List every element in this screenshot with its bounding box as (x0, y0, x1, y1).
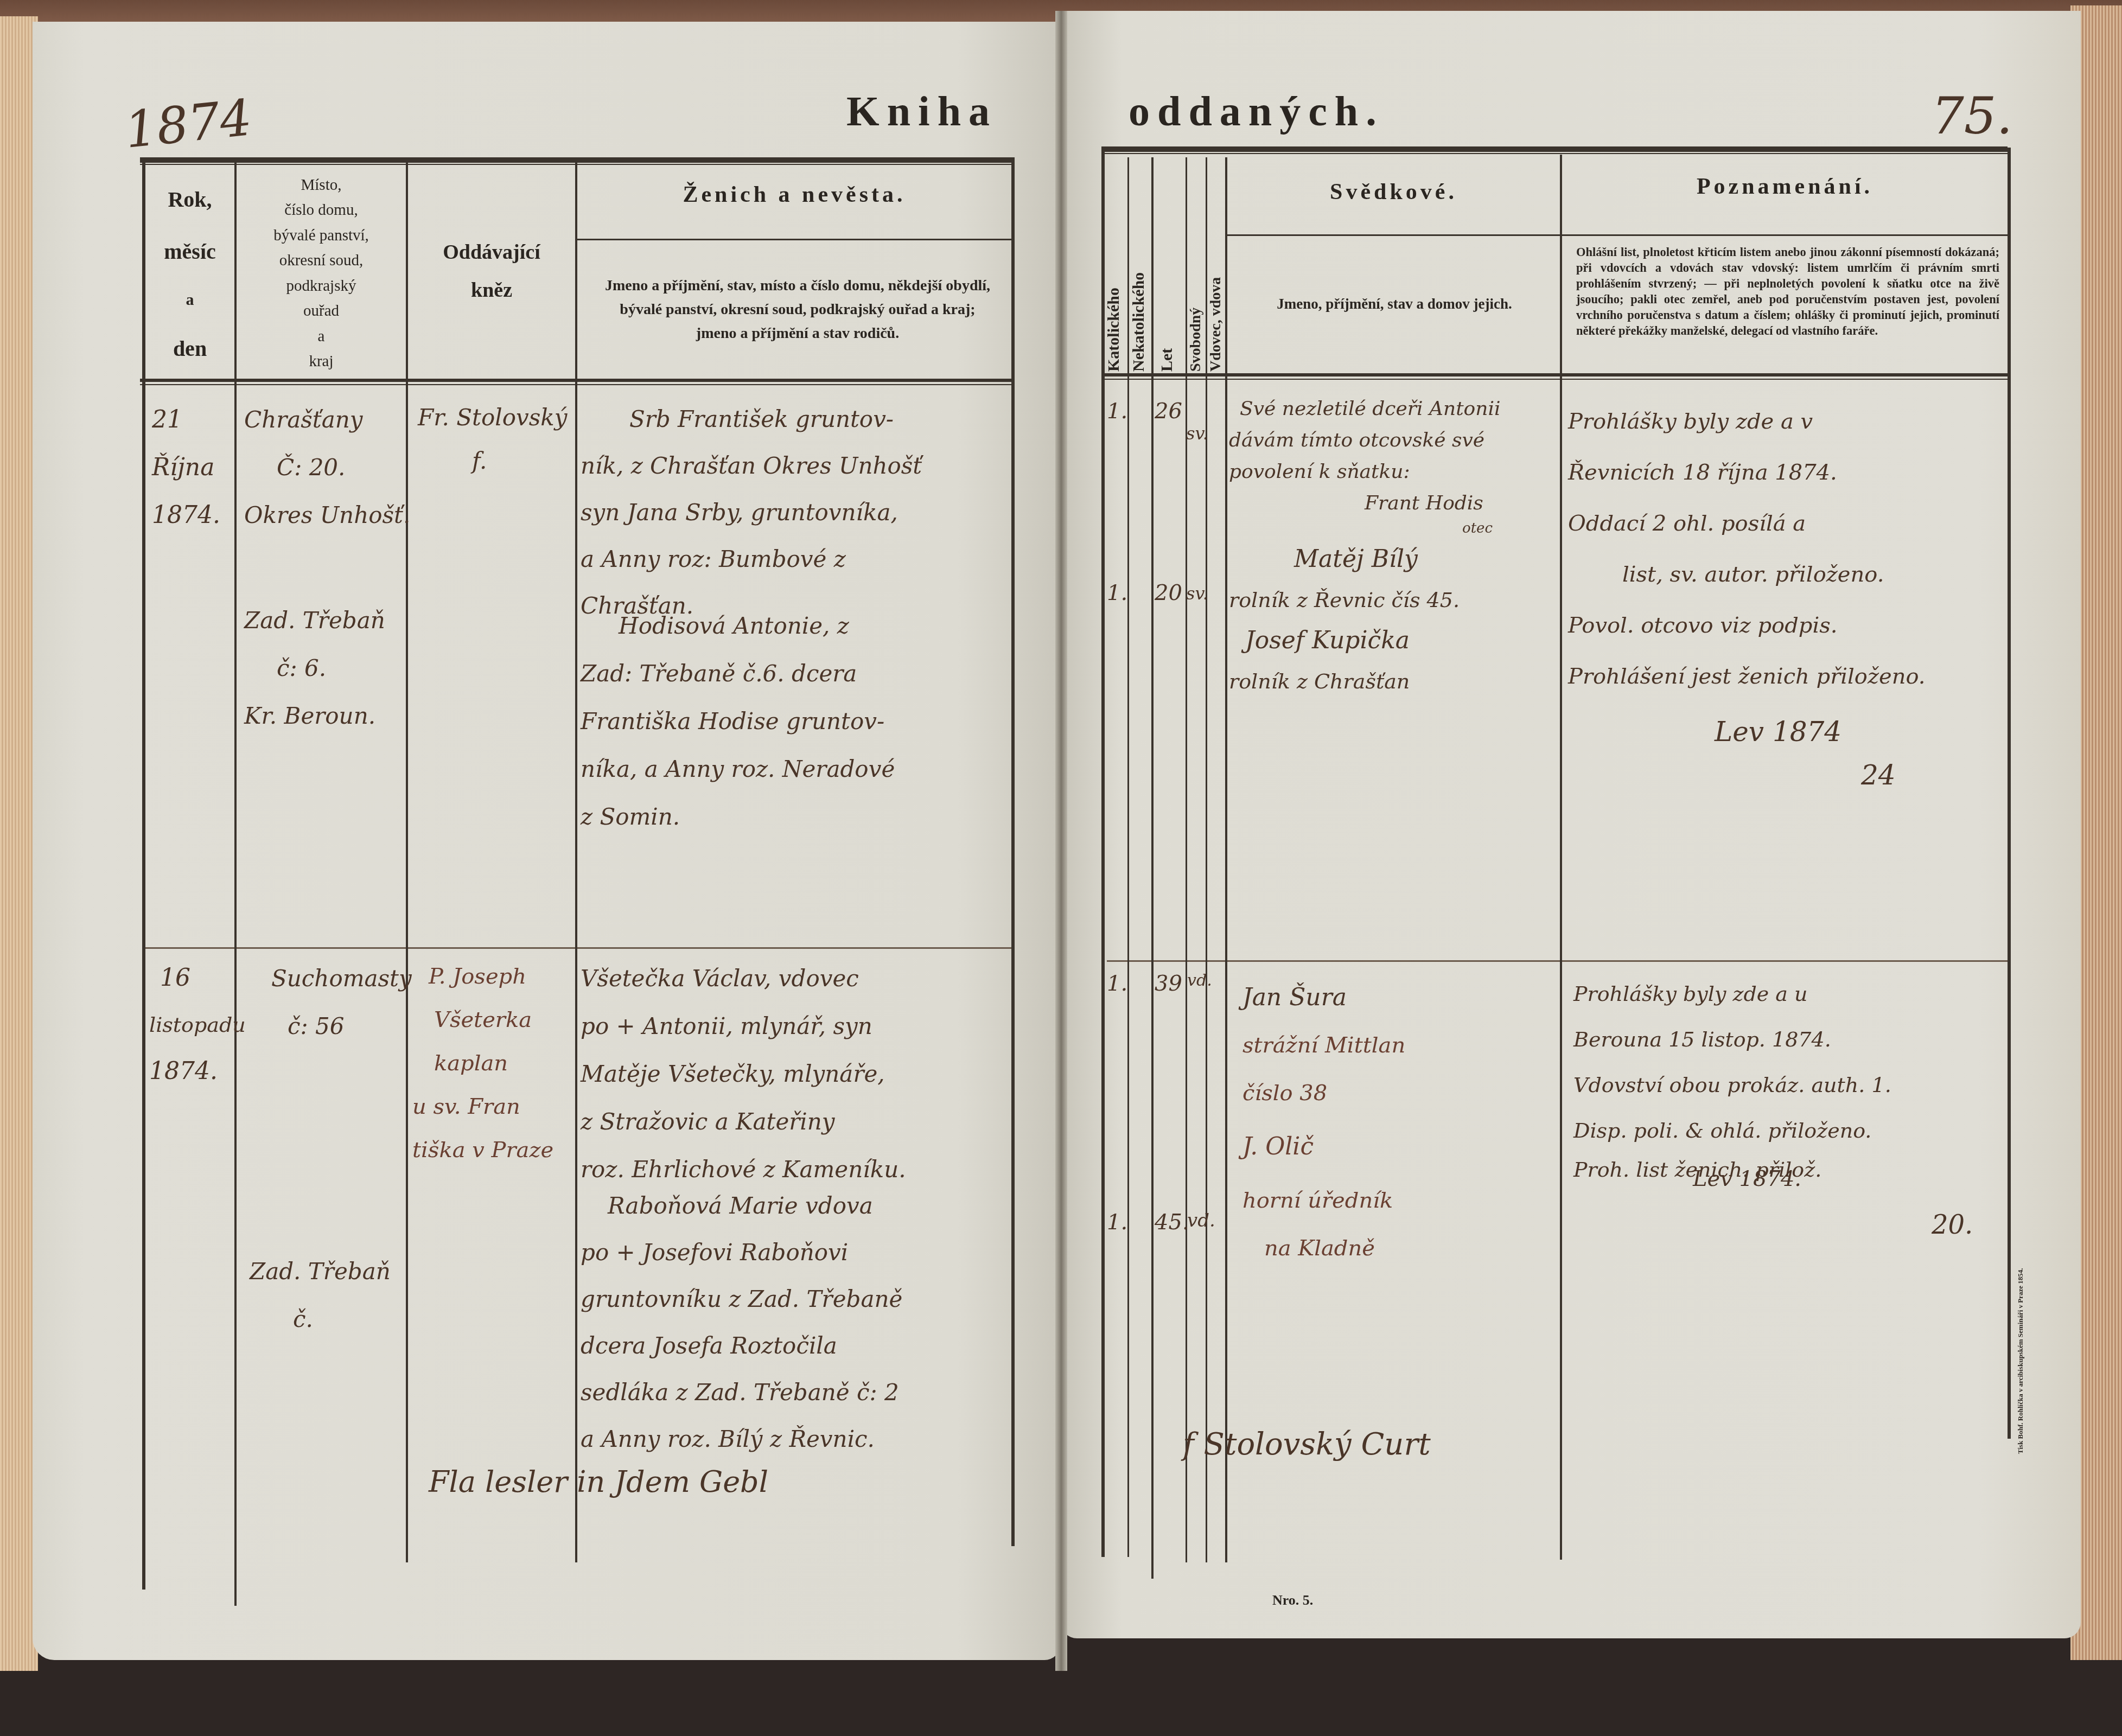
col-date-line: den (173, 336, 207, 361)
entry-bride-line: níka, a Anny roz. Neradové (581, 745, 895, 793)
witness-line: číslo 38 (1242, 1069, 1405, 1117)
col-header-catholic: Katolického (1105, 239, 1123, 372)
col-place-line: kraj (309, 353, 333, 371)
entry-date-line: 1874. (152, 492, 220, 539)
entry-priest-line: f. (418, 439, 567, 483)
vline-noncatholic (1151, 157, 1154, 1579)
entry-2-bride-age: 45. (1155, 1210, 1189, 1235)
vline-left-right-edge (1011, 157, 1015, 1546)
note-line: Prohlášky byly zde a u (1573, 971, 1891, 1017)
table-top-border-right (1101, 146, 2008, 152)
entry-date-line: Října (152, 444, 220, 492)
col-header-single: Svobodný (1187, 279, 1205, 372)
entry-bride-line: po + Josefovi Raboňovi (581, 1229, 902, 1276)
entry-place-line: č. (250, 1295, 391, 1343)
entry-bride-line: sedláka z Zad. Třebaně č: 2 (581, 1369, 902, 1416)
note-line: Vdovství obou prokáz. auth. 1. (1573, 1062, 1891, 1108)
entry-bride-line: Zad: Třebaně č.6. dcera (581, 650, 895, 698)
col-header-widowed: Vdovec, vdova (1207, 250, 1225, 372)
entry-priest-line: kaplan (412, 1042, 553, 1085)
vline-right-edge (2008, 148, 2011, 1439)
entry-divider-left (142, 947, 1015, 949)
entry-groom-line: Všetečka Václav, vdovec (581, 955, 906, 1003)
entry-priest-line: u sv. Fran (412, 1085, 553, 1128)
col-date-line: měsíc (164, 239, 216, 264)
entry-place-line: Č: 20. (244, 444, 410, 492)
witness-line: horní úředník (1242, 1177, 1405, 1224)
col-header-notes-title: Poznamenání. (1562, 174, 2008, 200)
entry-1-groom-age: 26 (1155, 399, 1182, 424)
entry-groom-line: Srb František gruntov- (581, 396, 922, 443)
witness-line: povolení k sňatku: (1229, 456, 1500, 488)
entry-priest-line: P. Joseph (412, 955, 553, 998)
witness-line: Své nezletilé dceři Antonii (1229, 393, 1500, 425)
note-line: Berouna 15 listop. 1874. (1573, 1017, 1891, 1062)
table-top-rule-right (1101, 153, 2008, 154)
entry-2-place-bride: Zad. Třebaň č. (250, 1248, 391, 1343)
table-top-border-left (140, 157, 1015, 163)
entry-bride-line: Františka Hodise gruntov- (581, 698, 895, 745)
col-header-couple-sub: Jmeno a příjmění, stav, místo a číslo do… (602, 274, 993, 346)
col-header-noncatholic: Nekatolického (1130, 239, 1148, 372)
table-top-rule-left (140, 164, 1015, 165)
entry-1-bride: Hodisová Antonie, z Zad: Třebaně č.6. dc… (581, 602, 895, 841)
col-place-line: číslo domu, (284, 201, 358, 219)
entry-1-place-bride: Zad. Třebaň č: 6. Kr. Beroun. (244, 597, 385, 740)
entry-place-line: Chrašťany (244, 396, 410, 444)
witness-notes-header-divider (1226, 234, 2008, 236)
note-line: Prohlášky byly zde a v (1568, 396, 1926, 447)
note-line: Oddací 2 ohl. posílá a (1568, 498, 1926, 549)
col-header-priest: Oddávající kněz (408, 233, 575, 309)
left-page-signature: Fla lesler in Jdem Gebl (429, 1465, 768, 1499)
entry-2-notes: Prohlášky byly zde a u Berouna 15 listop… (1573, 971, 1891, 1186)
entry-2-bride: Raboňová Marie vdova po + Josefovi Raboň… (581, 1183, 902, 1463)
vline-date (234, 163, 237, 1606)
entry-2-date: 16 listopadu 1874. (149, 955, 246, 1095)
title-left: Kniha (846, 87, 997, 136)
entry-bride-line: Raboňová Marie vdova (581, 1183, 902, 1229)
entry-priest-line: tiška v Praze (412, 1128, 553, 1172)
entry-2-groom: Všetečka Václav, vdovec po + Antonii, ml… (581, 955, 906, 1193)
page-number: 75. (1932, 87, 2013, 146)
entry-priest-line: Všeterka (412, 998, 553, 1042)
entry-1-bride-status: sv. (1186, 583, 1208, 604)
vline-witnesses (1560, 155, 1562, 1560)
entry-bride-line: gruntovníku z Zad. Třebaně (581, 1276, 902, 1323)
entry-1-groom-status: sv. (1186, 423, 1208, 444)
col-header-couple-title: Ženich a nevěsta. (577, 182, 1011, 208)
entry-date-line: 1874. (149, 1048, 246, 1095)
witness-line: dávám tímto otcovské své (1229, 425, 1500, 456)
note-line: Prohlášení jest ženich přiloženo. (1568, 651, 1926, 702)
col-header-date: Rok, měsíc a den (145, 174, 234, 374)
witness-signature: Frant Hodis (1229, 488, 1500, 519)
header-bottom-rule-left (140, 384, 1015, 385)
witness-line: rolník z Řevnic čís 45. (1229, 581, 1500, 619)
entry-bride-line: a Anny roz. Bílý z Řevnic. (581, 1416, 902, 1463)
entry-bride-line: z Somin. (581, 793, 895, 841)
entry-groom-line: Matěje Všetečky, mlynáře, (581, 1050, 906, 1098)
witness-name: Jan Šura (1242, 974, 1405, 1022)
entry-bride-line: dcera Josefa Roztočila (581, 1323, 902, 1369)
vline-place (406, 163, 408, 1562)
entry-place-line: Kr. Beroun. (244, 692, 385, 740)
col-priest-line: kněz (471, 278, 512, 302)
entry-1-date: 21 Října 1874. (152, 396, 220, 539)
note-line: list, sv. autor. přiloženo. (1568, 549, 1926, 600)
header-bottom-border-left (140, 379, 1015, 382)
col-header-witnesses-title: Svědkové. (1227, 179, 1560, 205)
witness-line: otec (1229, 519, 1500, 538)
book-gutter (1055, 11, 1067, 1671)
entry-1-place-groom: Chrašťany Č: 20. Okres Unhošť. (244, 396, 410, 539)
entry-1-priest: Fr. Stolovský f. (418, 396, 567, 483)
entry-date-line: 21 (152, 396, 220, 444)
entry-1-bride-age: 20 (1155, 580, 1182, 605)
witness-signature: J. Olič (1242, 1117, 1405, 1177)
entry-2-priest: P. Joseph Všeterka kaplan u sv. Fran tiš… (412, 955, 553, 1172)
entry-groom-line: po + Antonii, mlynář, syn (581, 1003, 906, 1050)
witness-name: Josef Kupička (1229, 619, 1500, 662)
col-place-line: a (318, 328, 325, 346)
entry-place-line: Zad. Třebaň (244, 597, 385, 644)
entry-1-notes: Prohlášky byly zde a v Řevnicích 18 říjn… (1568, 396, 1926, 702)
entry-2-bride-catholic: 1. (1107, 1210, 1127, 1235)
entry-place-line: Suchomasty (271, 955, 412, 1003)
entry-place-line: Okres Unhošť. (244, 492, 410, 539)
witness-line: na Kladně (1242, 1224, 1405, 1272)
note-line: Povol. otcovo viz podpis. (1568, 600, 1926, 651)
couple-header-divider (575, 239, 1014, 240)
entry-place-line: č: 6. (244, 644, 385, 692)
col-header-notes-sub: Ohlášní list, plnoletost křticím listem … (1576, 244, 1999, 339)
entry-divider-right (1107, 960, 2008, 962)
printer-imprint: Tisk Bohf. Rohlíčka v arcibiskupském Sem… (2016, 1226, 2025, 1454)
form-number: Nro. 5. (1272, 1592, 1313, 1609)
vline-catholic (1127, 157, 1129, 1557)
entry-1-bride-catholic: 1. (1107, 580, 1127, 605)
note-line: Řevnicích 18 října 1874. (1568, 447, 1926, 498)
entry-2-witnesses: Jan Šura strážní Mittlan číslo 38 J. Oli… (1242, 974, 1405, 1272)
col-date-line: a (186, 291, 194, 309)
col-place-line: Místo, (301, 176, 342, 194)
entry-1-notes-signature: Lev 1874 (1715, 716, 1841, 748)
entry-2-notes-signature: Lev 1874. (1693, 1166, 1801, 1191)
entry-groom-line: syn Jana Srby, gruntovníka, (581, 489, 922, 536)
entry-1-groom: Srb František gruntov- ník, z Chrašťan O… (581, 396, 922, 629)
col-header-witnesses-sub: Jmeno, příjmění, stav a domov jejich. (1232, 296, 1557, 312)
col-priest-line: Oddávající (443, 240, 540, 264)
col-place-line: podkrajský (286, 277, 356, 295)
col-place-line: okresní soud, (279, 252, 364, 270)
entry-2-bride-status: vd. (1187, 1210, 1215, 1231)
entry-bride-line: Hodisová Antonie, z (581, 602, 895, 650)
header-bottom-rule-right (1101, 379, 2008, 380)
entry-place-line: č: 56 (271, 1003, 412, 1050)
vline-widowed (1225, 157, 1227, 1562)
col-date-line: Rok, (168, 187, 212, 212)
right-page-signature: f Stolovský Curt (1183, 1427, 1431, 1462)
entry-groom-line: ník, z Chrašťan Okres Unhošť (581, 443, 922, 489)
entry-2-record-number: 20. (1932, 1210, 1973, 1240)
entry-groom-line: a Anny roz: Bumbové z (581, 536, 922, 583)
entry-2-groom-catholic: 1. (1107, 971, 1127, 996)
entry-2-place-groom: Suchomasty č: 56 (271, 955, 412, 1050)
title-right: oddaných. (1129, 87, 1384, 136)
entry-priest-line: Fr. Stolovský (418, 396, 567, 439)
witness-name: Matěj Bílý (1229, 538, 1500, 581)
col-place-line: bývalé panství, (273, 227, 369, 245)
col-header-place: Místo, číslo domu, bývalé panství, okres… (237, 173, 406, 374)
header-bottom-border-right (1101, 373, 2008, 376)
entry-groom-line: z Stražovic a Kateřiny (581, 1098, 906, 1146)
witness-line: strážní Mittlan (1242, 1022, 1405, 1069)
col-header-age: Let (1158, 320, 1176, 372)
col-place-line: ouřad (303, 302, 339, 320)
entry-date-line: listopadu (149, 1001, 246, 1048)
note-line: Disp. poli. & ohlá. přiloženo. (1573, 1108, 1891, 1153)
entry-2-groom-age: 39 (1155, 971, 1182, 996)
entry-date-line: 16 (149, 955, 246, 1001)
entry-1-record-number: 24 (1861, 759, 1896, 791)
entry-1-witnesses: Své nezletilé dceři Antonii dávám tímto … (1229, 393, 1500, 700)
entry-1-groom-catholic: 1. (1107, 399, 1127, 424)
entry-2-groom-status: vd. (1187, 971, 1212, 990)
entry-place-line: Zad. Třebaň (250, 1248, 391, 1295)
witness-line: rolník z Chrašťan (1229, 662, 1500, 700)
vline-priest (575, 163, 577, 1562)
